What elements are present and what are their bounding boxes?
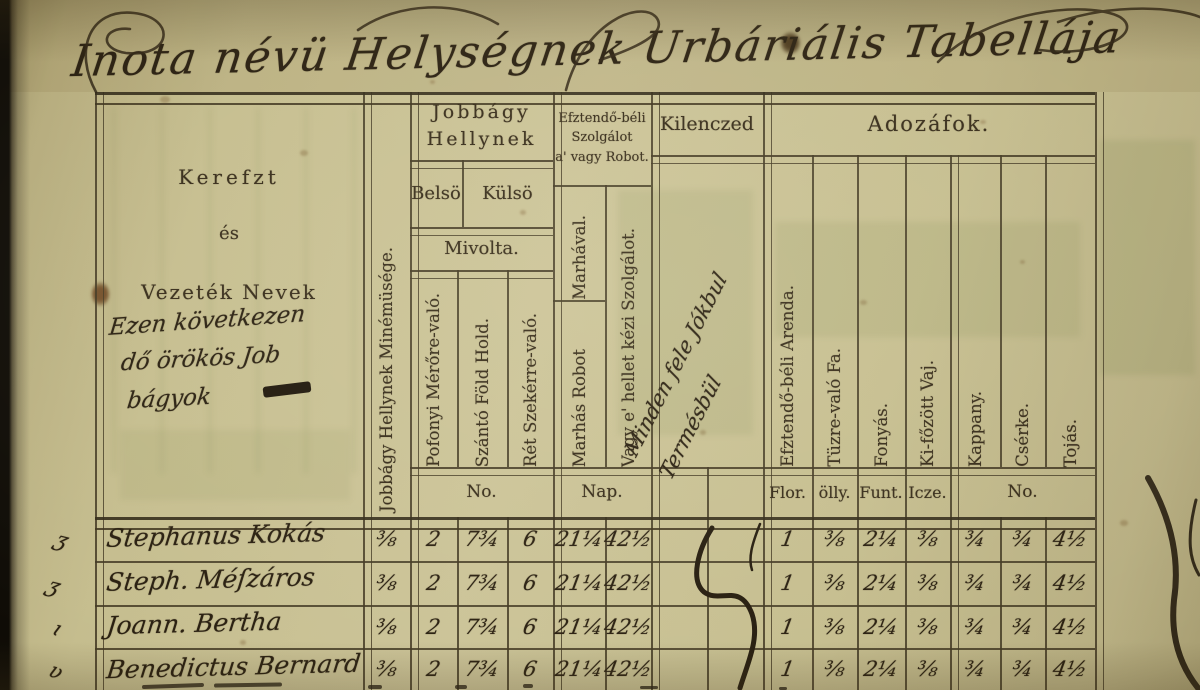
cell-arenda: 1 [759, 605, 816, 648]
jobbagy-group-title: Jobbágy Hellynek [410, 95, 553, 157]
cell-vaj: ⅜ [901, 605, 954, 648]
cutoff-row-ink-hint [640, 686, 658, 689]
cutoff-row-ink-hint [455, 685, 467, 689]
col-marhas-box: Marhás Robot [553, 300, 605, 467]
scan-edge-shadow [0, 0, 30, 690]
urbarial-table: Kerefzt és Vezeték Nevek Ezen következen… [95, 92, 1095, 690]
cell-belso: 2 [406, 648, 460, 690]
kilenczed-group-title: Kilenczed [651, 100, 763, 148]
col-minemusege-box: Jobbágy Hellynek Minémüsége. [363, 137, 410, 512]
col-arenda-label: Efztendő-béli Arenda. [778, 285, 797, 467]
margin-check-mark: ɩ [48, 617, 68, 641]
marhaval-box: Marhával. [553, 185, 605, 300]
robot-title-l2: Szolgálot [571, 128, 632, 148]
names-note-ink-smear [263, 381, 312, 398]
cell-arenda: 1 [759, 517, 816, 561]
cell-fa: ⅜ [808, 561, 861, 605]
col-cserke-label: Csérke. [1013, 403, 1032, 467]
adozasok-group-title: Adozáfok. [763, 100, 1095, 148]
cell-telek: ⅜ [359, 648, 413, 690]
row-name-handwritten: Joann. Bertha [105, 607, 283, 641]
col-fonyas-box: Fonyás. [857, 155, 905, 467]
table-gridline-vertical [1095, 92, 1104, 690]
subheader-no-jobbagy: No. [410, 467, 553, 517]
col-ret-box: Rét Szekérre-való. [507, 270, 553, 467]
cell-szanto: 7¾ [453, 648, 510, 690]
names-note-line1: Ezen következen [108, 301, 307, 341]
bottom-right-flourish [1120, 450, 1200, 690]
subheader-no-adozasok: No. [950, 467, 1095, 517]
subheader-nap: Nap. [553, 467, 651, 517]
cell-kappany: ¾ [946, 517, 1004, 561]
row-name-handwritten: Steph. Méſzáros [105, 562, 317, 596]
cell-fa: ⅜ [808, 605, 861, 648]
margin-check-mark: ʒ [50, 528, 73, 553]
cell-cserke: ¾ [996, 517, 1049, 561]
col-arenda-box: Efztendő-béli Arenda. [763, 155, 812, 467]
cell-ret: 6 [503, 605, 557, 648]
cell-belso: 2 [406, 605, 461, 648]
cell-kezi: 42½ [601, 517, 655, 561]
col-szanto-label: Szántó Föld Hold. [473, 318, 492, 467]
cell-fonyas: 2¼ [853, 605, 909, 648]
cell-vaj: ⅜ [901, 517, 954, 561]
foxing-spot [1120, 520, 1128, 526]
cell-kappany: ¾ [946, 561, 1004, 605]
cell-vaj: ⅜ [901, 561, 954, 605]
subheader-funt: Funt. [857, 467, 905, 517]
col-tojas-box: Tojás. [1045, 155, 1095, 467]
row-name-handwritten: Benedictus Bernard [105, 649, 362, 685]
cell-cserke: ¾ [996, 648, 1048, 690]
col-fa-box: Tüzre-való Fa. [812, 155, 857, 467]
cell-telek: ⅜ [359, 605, 414, 648]
col-ret-label: Rét Szekérre-való. [521, 313, 540, 467]
cell-marhas: 21¼ [549, 561, 609, 605]
cell-szanto: 7¾ [453, 517, 511, 561]
jobbagy-title-l1: Jobbágy [432, 99, 531, 126]
col-marhas-label: Marhás Robot [570, 349, 589, 467]
names-note-line2: dő örökös Job [120, 342, 282, 377]
cell-marhas: 21¼ [549, 605, 609, 648]
robot-title-l1: Efztendő-béli [558, 109, 645, 129]
robot-title-l3: a' vagy Robot. [555, 148, 648, 168]
cell-cserke: ¾ [996, 605, 1049, 648]
table-gridline-vertical [707, 467, 709, 690]
subheader-icze: Icze. [905, 467, 950, 517]
cell-ret: 6 [503, 561, 557, 605]
cell-kappany: ¾ [946, 648, 1003, 690]
col-pofonyi-box: Pofonyi Mérőre-való. [410, 270, 457, 467]
scanned-urbarial-table-page: { "page": { "title_handwritten": "Inota … [0, 0, 1200, 690]
cell-kappany: ¾ [946, 605, 1004, 648]
subheader-olly: ölly. [812, 467, 857, 517]
col-tojas-label: Tojás. [1061, 419, 1080, 467]
cutoff-row-ink-hint [368, 685, 382, 689]
cell-kezi: 42½ [601, 561, 655, 605]
cell-tojas: 4½ [1041, 517, 1099, 561]
cell-arenda: 1 [759, 561, 816, 605]
row-name-handwritten: Stephanus Kokás [105, 518, 327, 553]
cell-fa: ⅜ [808, 517, 861, 561]
cell-telek: ⅜ [359, 517, 414, 561]
cell-fonyas: 2¼ [853, 561, 909, 605]
marhaval-label: Marhával. [570, 215, 589, 300]
cell-belso: 2 [406, 561, 461, 605]
names-header-line3: Vezeték Nevek [95, 277, 363, 307]
cell-telek: ⅜ [359, 561, 414, 605]
cell-tojas: 4½ [1041, 605, 1099, 648]
cell-fonyas: 2¼ [853, 648, 908, 690]
cell-tojas: 4½ [1041, 648, 1098, 690]
cell-belso: 2 [406, 517, 461, 561]
margin-check-mark: ʒ [42, 574, 65, 599]
col-fonyas-label: Fonyás. [872, 403, 891, 467]
subheader-flor: Flor. [763, 467, 812, 517]
cell-cserke: ¾ [996, 561, 1049, 605]
cell-kezi: 42½ [601, 605, 655, 648]
cell-szanto: 7¾ [453, 605, 511, 648]
cell-kezi: 42½ [601, 648, 654, 690]
cell-szanto: 7¾ [453, 561, 511, 605]
cutoff-row-ink-hint [523, 684, 533, 688]
names-header-line1: Kerefzt [95, 162, 363, 192]
names-note-line3: bágyok [125, 384, 212, 415]
col-kappany-label: Kappany. [966, 391, 985, 467]
page-title-handwritten: Inota névü Helységnek Urbáriális Tabellá… [69, 12, 1136, 87]
col-vaj-label: Ki-főzött Vaj. [918, 360, 937, 467]
col-fa-label: Tüzre-való Fa. [825, 348, 844, 467]
col-szanto-box: Szántó Föld Hold. [457, 270, 507, 467]
cell-tojas: 4½ [1041, 561, 1099, 605]
col-minemusege-label: Jobbágy Hellynek Minémüsége. [377, 247, 396, 512]
cell-ret: 6 [503, 517, 557, 561]
col-pofonyi-label: Pofonyi Mérőre-való. [424, 293, 443, 467]
bleedthrough-blob-3 [1100, 140, 1195, 375]
col-kappany-box: Kappany. [950, 155, 1000, 467]
col-cserke-box: Csérke. [1000, 155, 1045, 467]
col-vaj-box: Ki-főzött Vaj. [905, 155, 950, 467]
cell-fa: ⅜ [808, 648, 860, 690]
cell-vaj: ⅜ [901, 648, 953, 690]
names-header-line2: és [95, 220, 363, 246]
robot-group-title: Efztendő-béli Szolgálot a' vagy Robot. [553, 94, 651, 182]
jobbagy-title-l2: Hellynek [427, 126, 537, 153]
kulso-header: Külsö [462, 160, 553, 227]
margin-check-mark: ʋ [44, 659, 68, 684]
cell-arenda: 1 [759, 648, 815, 690]
cell-marhas: 21¼ [549, 517, 609, 561]
cell-marhas: 21¼ [549, 648, 608, 690]
mivolta-header: Mivolta. [410, 227, 553, 270]
cell-fonyas: 2¼ [853, 517, 909, 561]
foxing-spot [430, 80, 435, 84]
belso-header: Belsö [410, 160, 462, 227]
